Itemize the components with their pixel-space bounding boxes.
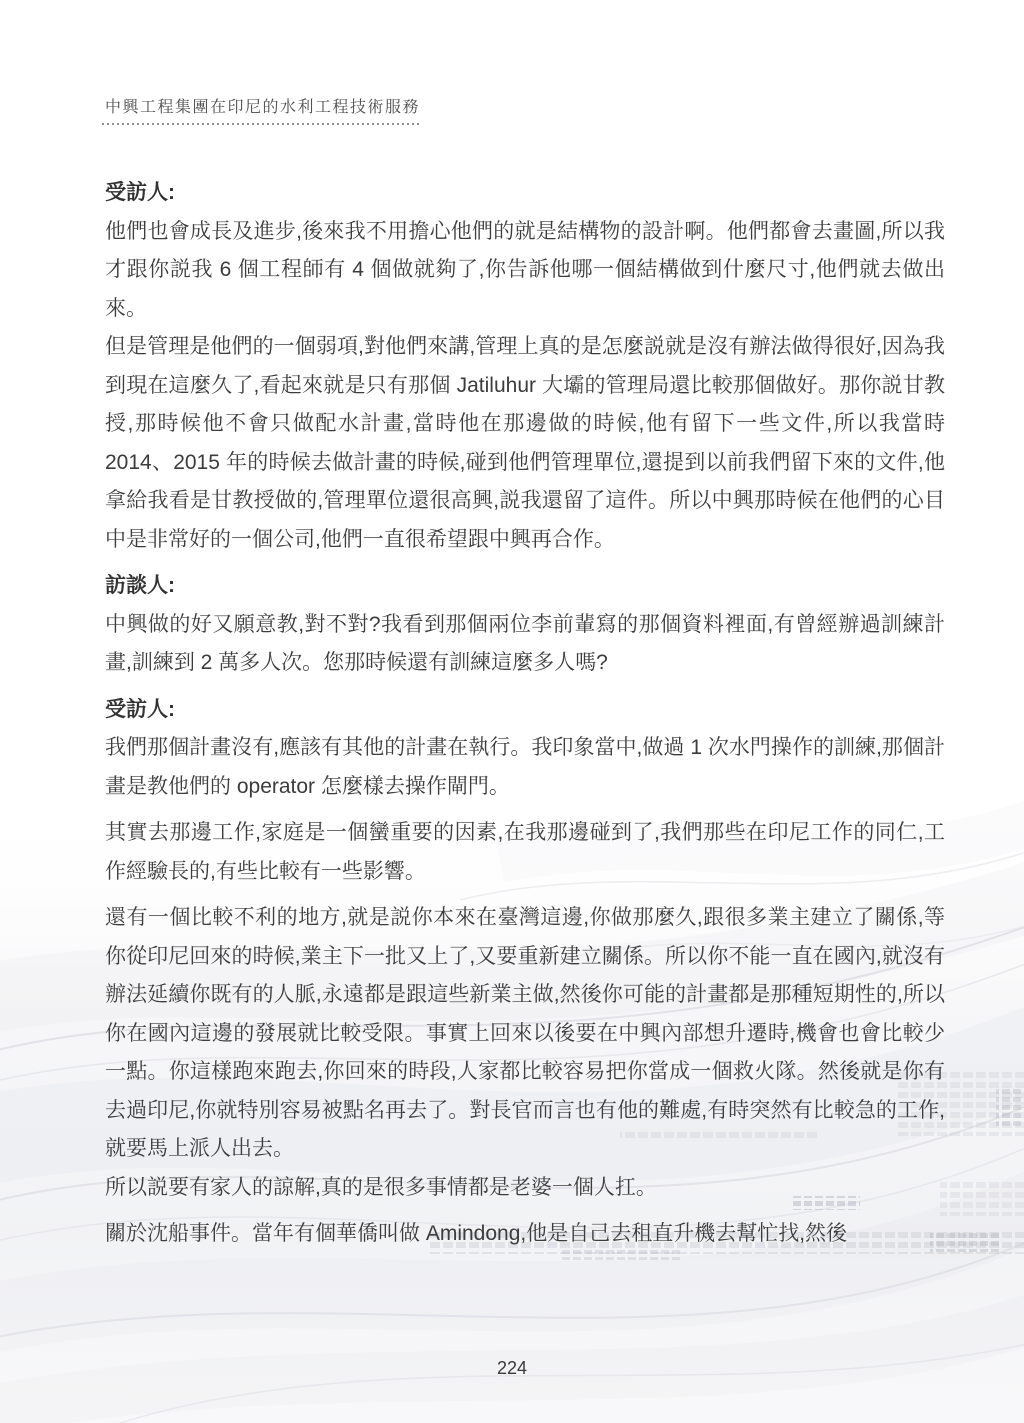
speaker-label: 訪談人: <box>105 567 945 606</box>
paragraph: 其實去那邊工作,家庭是一個蠻重要的因素,在我那邊碰到了,我們那些在印尼工作的同仁… <box>105 814 945 891</box>
paragraph: 中興做的好又願意教,對不對?我看到那個兩位李前輩寫的那個資料裡面,有曾經辦過訓練… <box>105 606 945 683</box>
document-page: 中興工程集團在印尼的水利工程技術服務 受訪人:他們也會成長及進步,後來我不用擔心… <box>0 0 1024 1423</box>
paragraph: 還有一個比較不利的地方,就是説你本來在臺灣這邊,你做那麼久,跟很多業主建立了關係… <box>105 899 945 1169</box>
paragraph: 他們也會成長及進步,後來我不用擔心他們的就是結構物的設計啊。他們都會去畫圖,所以… <box>105 213 945 329</box>
paragraph: 但是管理是他們的一個弱項,對他們來講,管理上真的是怎麼説就是沒有辦法做得很好,因… <box>105 328 945 559</box>
speaker-label: 受訪人: <box>105 691 945 730</box>
paragraph: 所以説要有家人的諒解,真的是很多事情都是老婆一個人扛。 <box>105 1169 945 1208</box>
paragraph: 我們那個計畫沒有,應該有其他的計畫在執行。我印象當中,做過 1 次水門操作的訓練… <box>105 729 945 806</box>
interview-article: 受訪人:他們也會成長及進步,後來我不用擔心他們的就是結構物的設計啊。他們都會去畫… <box>105 174 945 1254</box>
speaker-label: 受訪人: <box>105 174 945 213</box>
header-dotted-rule <box>102 122 422 125</box>
page-number: 224 <box>0 1358 1024 1379</box>
paragraph: 關於沈船事件。當年有個華僑叫做 Amindong,他是自己去租直升機去幫忙找,然… <box>105 1215 945 1254</box>
running-header-title: 中興工程集團在印尼的水利工程技術服務 <box>105 94 420 117</box>
